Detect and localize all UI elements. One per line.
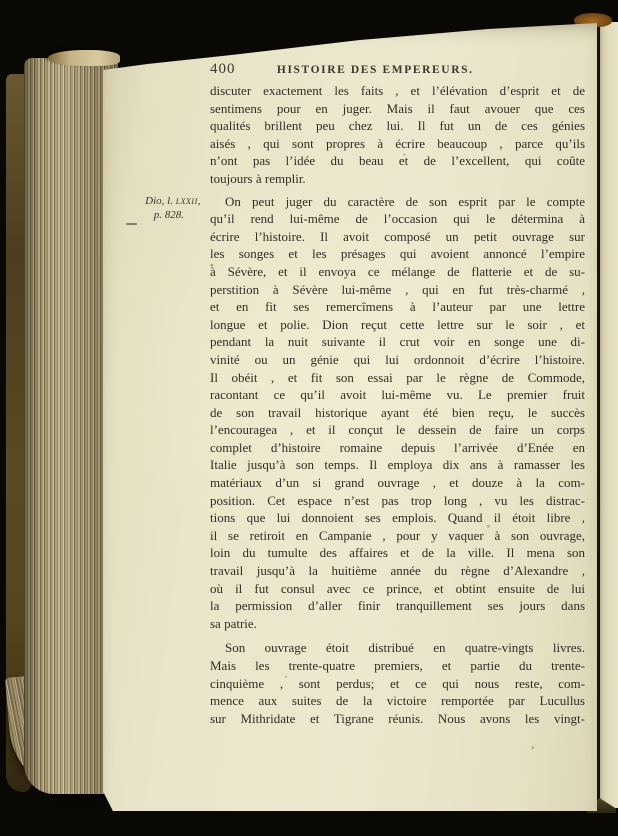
running-title: HISTOIRE DES EMPEREURS.: [277, 64, 474, 76]
text-line: qu’il rend lui-même de l’occasion qui le…: [210, 210, 585, 228]
text-line: les songes et les présages qui avoient a…: [210, 245, 585, 263]
text-line: aisés , qui sont propres à écrire beauco…: [210, 135, 585, 153]
margin-citation: Dio, l. lxxii, p. 828.: [107, 195, 201, 222]
margin-stray-mark: [126, 223, 137, 225]
text-line: perstition à Sévère lui-même , qui en fu…: [210, 281, 585, 299]
text-line: complet d’histoire romaine depuis l’arri…: [210, 439, 585, 457]
text-line: vinité ou un génie qui lui ordonnoit d’é…: [210, 351, 585, 369]
text-line: sur Mithridate et Tigrane réunis. Nous a…: [210, 710, 585, 728]
text-line: position. Cet espace n’est pas trop long…: [210, 492, 585, 510]
text-line: cinquième , sont perdus; et ce qui nous …: [210, 675, 585, 693]
text-line: Italie jusqu’à son temps. Il employa dix…: [210, 456, 585, 474]
text-line: la permission d’aller finir tranquilleme…: [210, 597, 585, 615]
text-line: longue et polie. Dion reçut cette lettre…: [210, 316, 585, 334]
text-line: Mais les trente-quatre premiers, et part…: [210, 657, 585, 675]
text-line: et en fit ses remercîmens à l’auteur par…: [210, 298, 585, 316]
text-line: pendant la nuit suivante il crut voir en…: [210, 333, 585, 351]
margin-citation-line2: p. 828.: [107, 209, 201, 223]
body-text: discuter exactement les faits , et l’élé…: [210, 82, 585, 727]
text-line: l’encouragea , et il conçut le dessein d…: [210, 421, 585, 439]
paragraph: On peut juger du caractère de son esprit…: [210, 193, 585, 633]
text-line: de son travail historique ayant été bien…: [210, 404, 585, 422]
text-line: Son ouvrage étoit distribué en quatre-vi…: [210, 639, 585, 657]
text-line: tions que lui donnoient ses emplois. Qua…: [210, 509, 585, 527]
text-line: qualités brillent peu chez lui. Il fut u…: [210, 117, 585, 135]
text-line: à Sévère, et il envoya ce mélange de fla…: [210, 263, 585, 281]
text-line: matériaux d’un si grand ouvrage , et dou…: [210, 474, 585, 492]
page-number: 400: [210, 61, 236, 78]
text-line: Il obéit , et fit son essai par le règne…: [210, 369, 585, 387]
text-line: où il fut consul avec ce prince, et obti…: [210, 580, 585, 598]
margin-citation-line1: Dio, l. lxxii,: [107, 195, 201, 209]
text-line: sa patrie.: [210, 615, 585, 633]
book-page: 400 HISTOIRE DES EMPEREURS. Dio, l. lxxi…: [103, 20, 597, 811]
facing-page-edge: [600, 22, 618, 808]
text-line: loin du tumulte des affaires et de la vi…: [210, 544, 585, 562]
citation-book-number: lxxii,: [176, 195, 201, 207]
text-line: sentimens pour en juger. Mais il faut av…: [210, 100, 585, 118]
text-line: discuter exactement les faits , et l’élé…: [210, 82, 585, 100]
text-line: n’ont pas l’idée du beau et de l’excelle…: [210, 152, 585, 170]
paragraph: Son ouvrage étoit distribué en quatre-vi…: [210, 639, 585, 727]
book-scan-photo: 400 HISTOIRE DES EMPEREURS. Dio, l. lxxi…: [0, 0, 618, 836]
text-line: écrire l’histoire. Il avoit composé un p…: [210, 228, 585, 246]
text-line: On peut juger du caractère de son esprit…: [210, 193, 585, 211]
text-line: il se retiroit en Campanie , pour y vaqu…: [210, 527, 585, 545]
text-line: racontant ce qu’il avoit lui-même vu. Le…: [210, 386, 585, 404]
text-line: toujours à remplir.: [210, 170, 585, 188]
text-line: mence aux suites de la victoire remporté…: [210, 692, 585, 710]
paragraph: discuter exactement les faits , et l’élé…: [210, 82, 585, 188]
worn-page-corner: [48, 50, 120, 66]
text-line: travail jusqu’à la huitième année du règ…: [210, 562, 585, 580]
running-head: 400 HISTOIRE DES EMPEREURS.: [210, 61, 585, 78]
citation-author: Dio, l.: [145, 195, 176, 207]
